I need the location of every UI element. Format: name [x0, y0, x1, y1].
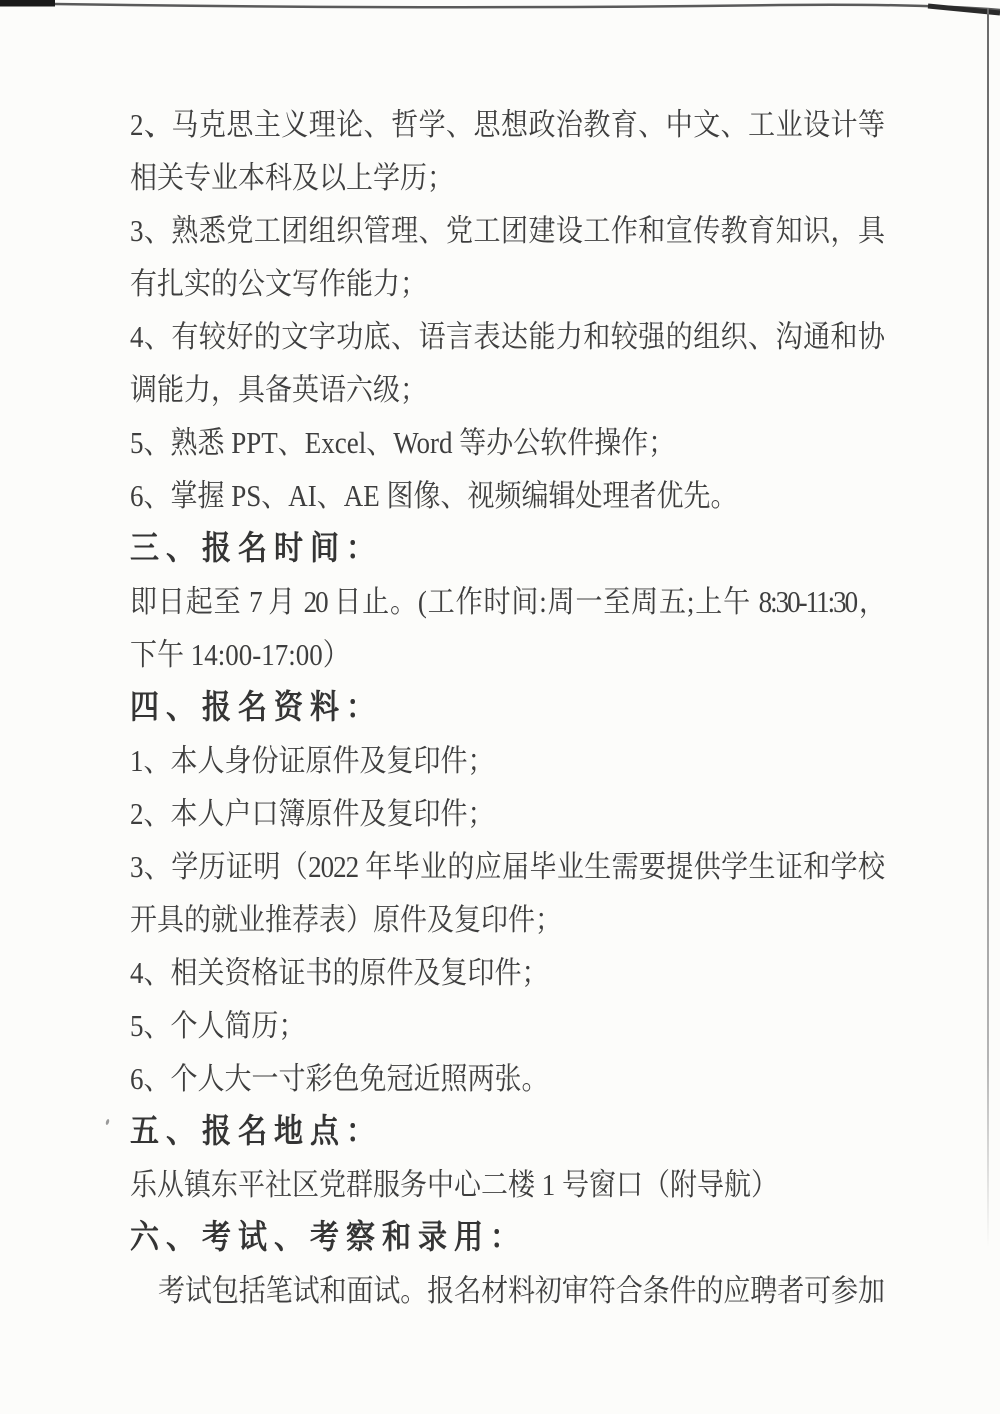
material-item-3-line2: 开具的就业推荐表）原件及复印件；	[130, 891, 884, 951]
scanned-document-page: 2、马克思主义理论、哲学、思想政治教育、中文、工业设计等 相关专业本科及以上学历…	[0, 0, 1000, 1414]
requirement-item-2-line1: 2、马克思主义理论、哲学、思想政治教育、中文、工业设计等	[130, 96, 884, 156]
section-heading-registration-time: 三、报名时间：	[130, 520, 884, 580]
requirement-item-2-line2: 相关专业本科及以上学历；	[130, 149, 884, 209]
requirement-item-3-line2: 有扎实的公文写作能力；	[130, 255, 884, 315]
material-item-4: 4、相关资格证书的原件及复印件；	[130, 944, 884, 1004]
section-heading-registration-materials: 四、报名资料：	[130, 679, 884, 739]
requirement-item-3-line1: 3、熟悉党工团组织管理、党工团建设工作和宣传教育知识，具	[130, 202, 884, 262]
section-heading-registration-location: 五、报名地点：	[130, 1103, 884, 1163]
material-item-3-line1: 3、学历证明（2022 年毕业的应届毕业生需要提供学生证和学校	[130, 838, 884, 898]
requirement-item-4-line2: 调能力，具备英语六级；	[130, 361, 884, 421]
registration-location: 乐从镇东平社区党群服务中心二楼 1 号窗口（附导航）	[130, 1156, 884, 1216]
scan-streak-right-artifact	[987, 8, 989, 1248]
material-item-6: 6、个人大一寸彩色免冠近照两张。	[130, 1050, 884, 1110]
ink-speckle	[105, 1119, 110, 1126]
exam-paragraph-line1: 考试包括笔试和面试。报名材料初审符合条件的应聘者可参加	[130, 1262, 884, 1322]
material-item-2: 2、本人户口簿原件及复印件；	[130, 785, 884, 845]
scan-edge-top-artifact	[0, 0, 1000, 20]
document-text-block: 2、马克思主义理论、哲学、思想政治教育、中文、工业设计等 相关专业本科及以上学历…	[130, 99, 884, 1318]
requirement-item-4-line1: 4、有较好的文字功底、语言表达能力和较强的组织、沟通和协	[130, 308, 884, 368]
requirement-item-6: 6、掌握 PS、AI、AE 图像、视频编辑处理者优先。	[130, 467, 884, 527]
registration-time-line1: 即日起至 7 月 20 日止。(工作时间:周一至周五;上午 8:30-11:30…	[130, 573, 884, 633]
requirement-item-5: 5、熟悉 PPT、Excel、Word 等办公软件操作；	[130, 414, 884, 474]
material-item-1: 1、本人身份证原件及复印件；	[130, 732, 884, 792]
section-heading-exam-and-hiring: 六、考试、考察和录用：	[130, 1209, 884, 1269]
registration-time-line2: 下午 14:00-17:00）	[130, 626, 884, 686]
material-item-5: 5、个人简历；	[130, 997, 884, 1057]
